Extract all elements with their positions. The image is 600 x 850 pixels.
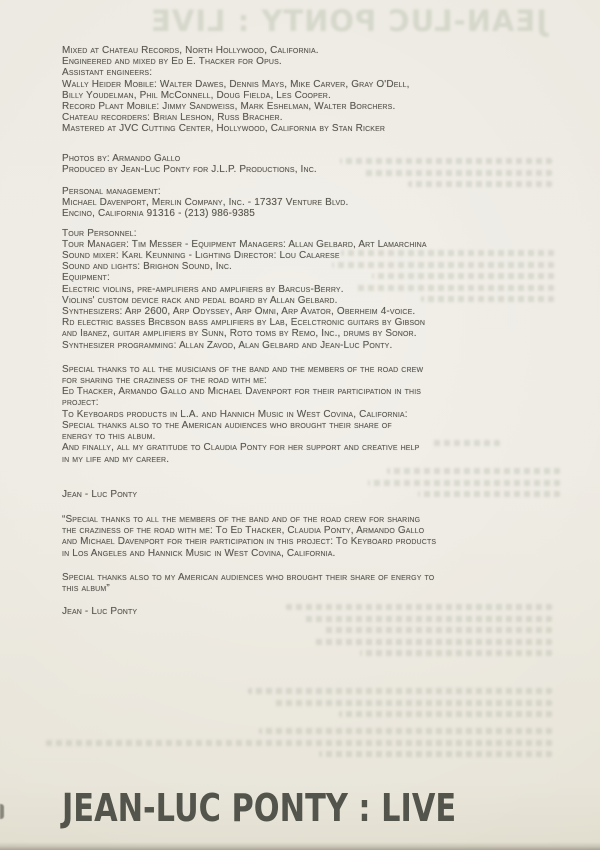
bleedthrough-block [46,728,552,763]
text-line: Special thanks also to my American audie… [62,572,564,583]
text-line: and Michael Davenport for their particip… [62,536,564,547]
album-title: JEAN-LUC PONTY : LIVE [62,786,456,830]
text-line: in my life and my career. [62,454,564,465]
text-line: for sharing the craziness of the road wi… [62,375,564,386]
bleedthrough-title: JEAN-LUC PONTY : LIVE [55,4,547,38]
text-line: Encino, California 91316 - (213) 986-938… [62,208,564,219]
credits-text-column: Mixed at Chateau Records, North Hollywoo… [62,45,564,617]
text-line: Special thanks also to the American audi… [62,420,564,431]
text-line: Mastered at JVC Cutting Center, Hollywoo… [62,123,564,134]
bleedthrough-block [430,440,500,452]
text-line: Record Plant Mobile: Jimmy Sandweiss, Ma… [62,101,564,112]
text-line: in Los Angeles and Hannick Music in West… [62,548,564,559]
paragraph-recording-credits: Mixed at Chateau Records, North Hollywoo… [62,45,564,135]
text-line: Rd electric basses Brcbson bass amplifie… [62,317,564,328]
text-line: Synthesizer programming: Allan Zavod, Al… [62,340,564,351]
liner-notes-page: JEAN-LUC PONTY : LIVE Mixed at Chateau R… [0,0,600,850]
text-line: Tour Personnel: [62,228,564,239]
bleedthrough-block [340,158,552,193]
text-line: Mixed at Chateau Records, North Hollywoo… [62,45,564,56]
text-line: Tour Manager: Tim Messer - Equipment Man… [62,239,564,250]
text-line: project: [62,397,564,408]
text-line: Billy Youdelman, Phil McConnell, Doug Fi… [62,90,564,101]
text-line: “Special thanks to all the members of th… [62,514,564,525]
text-line: Ed Thacker, Armando Gallo and Michael Da… [62,386,564,397]
text-line: this album” [62,583,564,594]
bleedthrough-block [248,688,552,723]
bleedthrough-block [332,250,554,308]
paragraph-quoted-thanks: “Special thanks to all the members of th… [62,514,564,559]
text-line: Synthesizers: Arp 2600, Arp Odyssey, Arp… [62,306,564,317]
text-line: Wally Heider Mobile: Walter Dawes, Denni… [62,79,564,90]
scan-artifact [0,804,4,819]
bleedthrough-block [368,468,560,503]
text-line: Chateau recorders: Brian Leshon, Russ Br… [62,112,564,123]
text-line: Special thanks to all the musicians of t… [62,364,564,375]
text-line: and Ibanez, guitar amplifiers by Sunn, R… [62,328,564,339]
bleedthrough-block [286,604,552,662]
page-edge-shadow [0,842,600,850]
text-line: Michael Davenport, Merlin Company, Inc. … [62,197,564,208]
paragraph-quoted-thanks-continued: Special thanks also to my American audie… [62,572,564,594]
text-line: Engineered and mixed by Ed E. Thacker fo… [62,56,564,67]
text-line: Assistant engineers: [62,67,564,78]
text-line: the craziness of the road with me: To Ed… [62,525,564,536]
text-line: To Keyboards products in L.A. and Hannic… [62,409,564,420]
